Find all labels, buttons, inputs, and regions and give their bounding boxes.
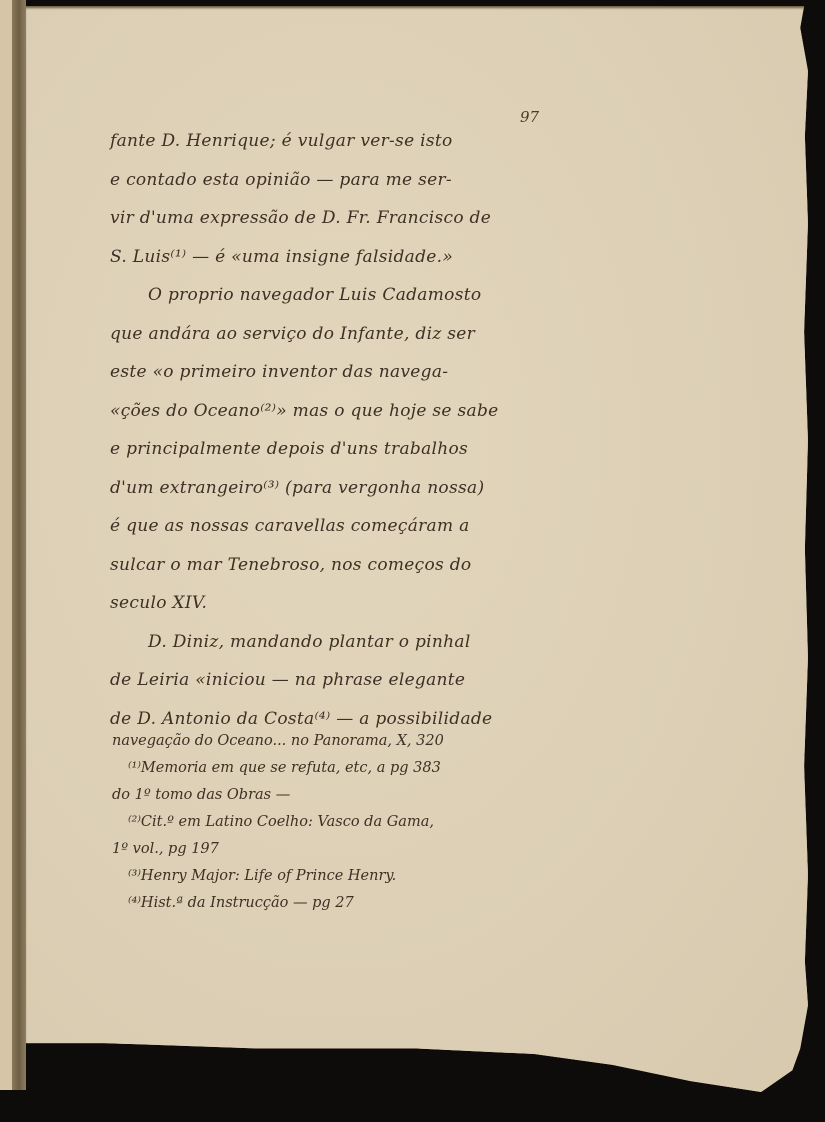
body-line: d'um extrangeiro⁽³⁾ (para vergonha nossa… bbox=[110, 469, 580, 508]
body-line: O proprio navegador Luis Cadamosto bbox=[110, 276, 580, 315]
body-line: S. Luis⁽¹⁾ — é «uma insigne falsidade.» bbox=[110, 238, 580, 277]
body-line: é que as nossas caravellas começáram a bbox=[110, 507, 580, 546]
facing-page-edge bbox=[0, 0, 12, 1090]
footnote-line: 1º vol., pg 197 bbox=[112, 836, 582, 863]
body-line: sulcar o mar Tenebroso, nos começos do bbox=[110, 546, 580, 585]
body-line: que andára ao serviço do Infante, diz se… bbox=[110, 315, 580, 354]
body-line: «ções do Oceano⁽²⁾» mas o que hoje se sa… bbox=[110, 392, 580, 431]
footnote-line: ⁽²⁾Cit.º em Latino Coelho: Vasco da Gama… bbox=[112, 809, 582, 836]
body-line: vir d'uma expressão de D. Fr. Francisco … bbox=[110, 199, 580, 238]
body-line: e contado esta opinião — para me ser- bbox=[110, 161, 580, 200]
body-line: seculo XIV. bbox=[110, 584, 580, 623]
footnote-line: ⁽³⁾Henry Major: Life of Prince Henry. bbox=[112, 863, 582, 890]
footnote-line: ⁽¹⁾Memoria em que se refuta, etc, a pg 3… bbox=[112, 755, 582, 782]
manuscript-body: fante D. Henrique; é vulgar ver-se isto … bbox=[110, 122, 580, 738]
book-binding bbox=[12, 0, 26, 1090]
body-line: D. Diniz, mandando plantar o pinhal bbox=[110, 623, 580, 662]
body-line: fante D. Henrique; é vulgar ver-se isto bbox=[110, 122, 580, 161]
footnotes: navegação do Oceano... no Panorama, X, 3… bbox=[112, 728, 582, 917]
footnote-line: ⁽⁴⁾Hist.ª da Instrucção — pg 27 bbox=[112, 890, 582, 917]
footnote-line: navegação do Oceano... no Panorama, X, 3… bbox=[112, 728, 582, 755]
body-line: e principalmente depois d'uns trabalhos bbox=[110, 430, 580, 469]
body-line: este «o primeiro inventor das navega- bbox=[110, 353, 580, 392]
footnote-line: do 1º tomo das Obras — bbox=[112, 782, 582, 809]
body-line: de Leiria «iniciou — na phrase elegante bbox=[110, 661, 580, 700]
